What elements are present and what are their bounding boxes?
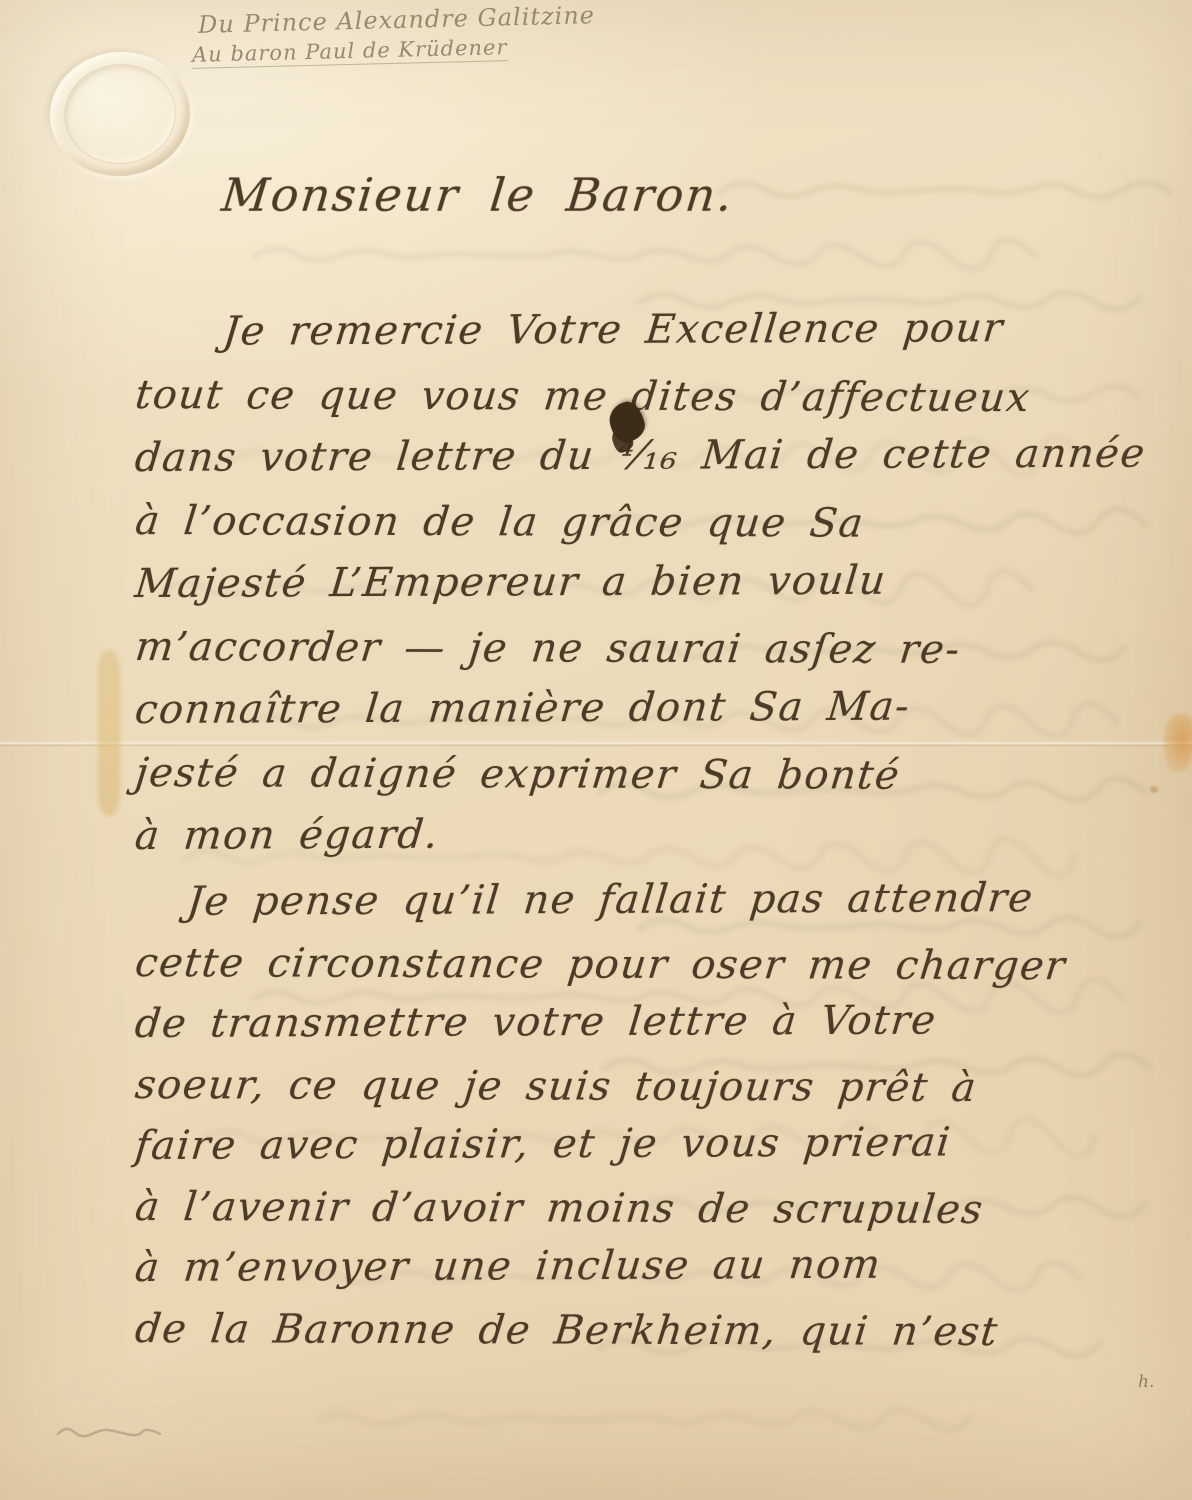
paragraph-2: Je pense qu’il ne fallait pas attendre c…: [132, 872, 1178, 1360]
pencil-annotation-line2: Au baron Paul de Krüdener: [192, 35, 508, 67]
paragraph-1: Je remercie Votre Excellence pour tout c…: [132, 301, 1178, 868]
pencil-corner-mark: h.: [1138, 1372, 1154, 1392]
pencil-scribble: [48, 1414, 188, 1448]
pencil-annotation-line2-text: Au baron Paul de Krüdener: [192, 35, 508, 69]
handwritten-line: soeur, ce que je suis toujours prêt à: [132, 1055, 1184, 1120]
pencil-annotation-line1: Du Prince Alexandre Galitzine: [198, 1, 596, 39]
handwritten-line: de la Baronne de Berkheim, qui n’est: [132, 1299, 1184, 1364]
handwritten-line: Je remercie Votre Excellence pour: [132, 296, 1185, 364]
handwritten-line: dans votre lettre du ⁴⁄₁₆ Mai de cette a…: [132, 422, 1185, 490]
handwritten-line: jesté a daigné exprimer Sa bonté: [132, 742, 1184, 809]
handwritten-line: à mon égard.: [132, 800, 1185, 868]
handwritten-line: de transmettre votre lettre à Votre: [132, 989, 1185, 1055]
letter-page: Du Prince Alexandre Galitzine Au baron P…: [0, 0, 1192, 1500]
handwritten-line: Majesté L’Empereur a bien voulu: [132, 548, 1185, 616]
handwritten-line: à m’envoyer une incluse au nom: [132, 1233, 1185, 1299]
handwritten-line: cette circonstance pour oser me charger: [132, 933, 1184, 998]
embossed-seal: [45, 46, 195, 182]
handwritten-line: connaître la manière dont Sa Ma-: [132, 674, 1185, 742]
handwritten-line: à l’avenir d’avoir moins de scrupules: [132, 1177, 1184, 1242]
handwritten-line: Je pense qu’il ne fallait pas attendre: [132, 867, 1185, 933]
handwritten-line: à l’occasion de la grâce que Sa: [132, 490, 1184, 557]
salutation: Monsieur le Baron.: [219, 168, 737, 222]
handwritten-line: tout ce que vous me dites d’affectueux: [132, 364, 1184, 431]
handwritten-line: m’accorder — je ne saurai asſez re-: [132, 616, 1184, 683]
embossed-seal-inner-ring: [60, 59, 180, 168]
tape-residue-stain: [98, 650, 120, 816]
handwritten-line: faire avec plaisir, et je vous prierai: [132, 1111, 1185, 1177]
